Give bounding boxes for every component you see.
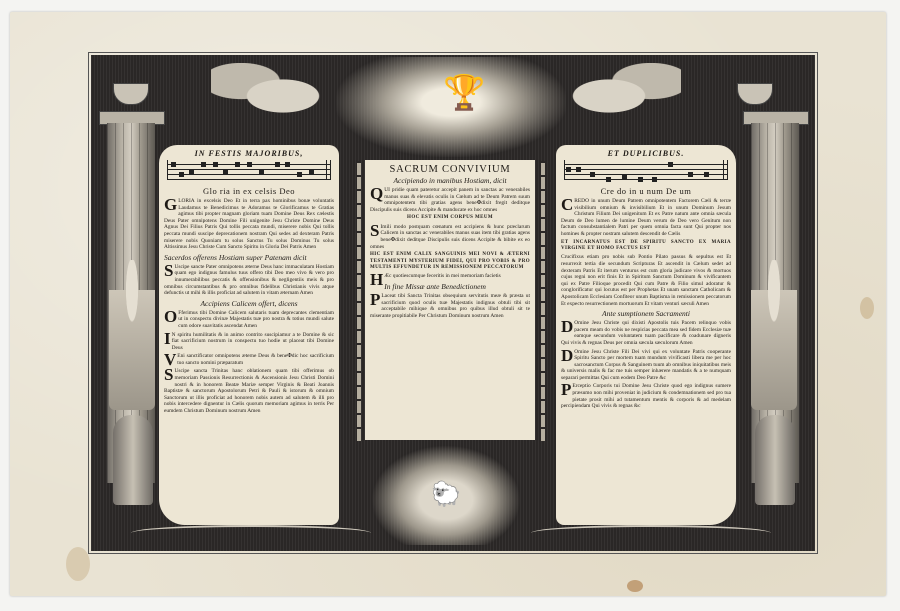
offertory-rubric: Sacerdos offerens Hostiam super Patenam … xyxy=(164,253,334,262)
saint-with-anchor-figure xyxy=(751,260,797,410)
right-angel-figure xyxy=(561,63,681,123)
qui-pridie-text: QUI pridie quam pateretur accepit panem … xyxy=(370,187,530,213)
communion-rubric: Ante sumptionem Sacramenti xyxy=(561,309,731,318)
perceptio-text: PErceptio Corporis tui Domine Jesu Chris… xyxy=(561,383,731,409)
left-vine-divider xyxy=(357,161,361,441)
left-urn-icon xyxy=(113,83,149,105)
gloria-chant-staff xyxy=(167,160,331,184)
right-text-panel: ET DUPLICIBUS. Cre do in u num De um CRE… xyxy=(556,145,736,525)
benediction-rubric: In fine Missæ ante Benedictionem xyxy=(370,282,530,291)
incarnatus-words: ET INCARNATUS EST DE SPIRITU SANCTO EX M… xyxy=(561,240,731,253)
credo-chant-staff xyxy=(564,160,728,184)
credo-continuation-text: Crucifixus etiam pro nobis sub Pontio Pi… xyxy=(561,254,731,307)
foxing-stain xyxy=(66,547,90,581)
foxing-stain xyxy=(627,580,643,592)
domine-pacem-text: DOmine Jesu Christe qui dixisti Apostoli… xyxy=(561,320,731,346)
veni-text: VEni sanctificator omnipotens æterne Deu… xyxy=(164,353,334,366)
engraved-plate: 🏆 IN FESTIS MAJORIBUS, Glo ria in ex cel… xyxy=(88,52,818,554)
left-angel-figure xyxy=(211,63,331,123)
host-consecration-words: HOC EST ENIM CORPUS MEUM xyxy=(370,215,530,221)
right-urn-icon xyxy=(737,83,773,105)
center-text-panel: SACRUM CONVIVIUM Accipiendo in manibus H… xyxy=(365,160,535,440)
left-rubric-heading: IN FESTIS MAJORIBUS, xyxy=(159,149,339,158)
offerimus-text: OFferimus tibi Domine Calicem salutaris … xyxy=(164,310,334,330)
chalice-with-host-icon: 🏆 xyxy=(443,77,485,111)
foxing-stain xyxy=(860,297,874,319)
haec-text: HÆc quotiescumque feceritis in mei memor… xyxy=(370,273,530,280)
in-spiritu-text: IN spiritu humilitatis & in animo contri… xyxy=(164,332,334,352)
simili-modo-text: SImili modo postquam cœnatum est accipie… xyxy=(370,224,530,250)
credo-chant-lyrics: Cre do in u num De um xyxy=(556,186,736,196)
center-title: SACRUM CONVIVIUM xyxy=(365,164,535,175)
consecration-rubric: Accipiendo in manibus Hostiam, dicit xyxy=(370,176,530,185)
left-text-panel: IN FESTIS MAJORIBUS, Glo ria in ex celsi… xyxy=(159,145,339,525)
suscipe-text: SUscipe sancte Pater omnipotens æterne D… xyxy=(164,264,334,297)
right-pedestal xyxy=(755,415,795,505)
bottom-right-scroll-ornament xyxy=(531,525,771,541)
left-pedestal xyxy=(113,415,153,505)
chalice-rubric: Accipiens Calicem offert, dicens xyxy=(164,299,334,308)
placeat-text: PLaceat tibi Sancta Trinitas obsequium s… xyxy=(370,293,530,319)
gloria-text: GLORIA in excelsis Deo Et in terra pax h… xyxy=(164,198,334,251)
right-rubric-heading: ET DUPLICIBUS. xyxy=(556,149,736,158)
suscipe-trinitas-text: SUscipe sancta Trinitas hanc oblationem … xyxy=(164,368,334,414)
gloria-chant-lyrics: Glo ria in ex celsis Deo xyxy=(159,186,339,196)
chalice-consecration-words: HIC EST ENIM CALIX SANGUINIS MEI NOVI & … xyxy=(370,252,530,271)
engraving-background: 🏆 IN FESTIS MAJORIBUS, Glo ria in ex cel… xyxy=(91,55,815,551)
right-vine-divider xyxy=(541,161,545,441)
saint-with-cross-figure xyxy=(109,260,155,410)
bottom-left-scroll-ornament xyxy=(131,525,371,541)
domine-fili-dei-text: DOmine Jesu Christe Fili Dei vivi qui ex… xyxy=(561,349,731,382)
lamb-of-god-icon: 🐑 xyxy=(431,480,461,509)
credo-text: CREDO in unum Deum Patrem omnipotentem F… xyxy=(561,198,731,238)
